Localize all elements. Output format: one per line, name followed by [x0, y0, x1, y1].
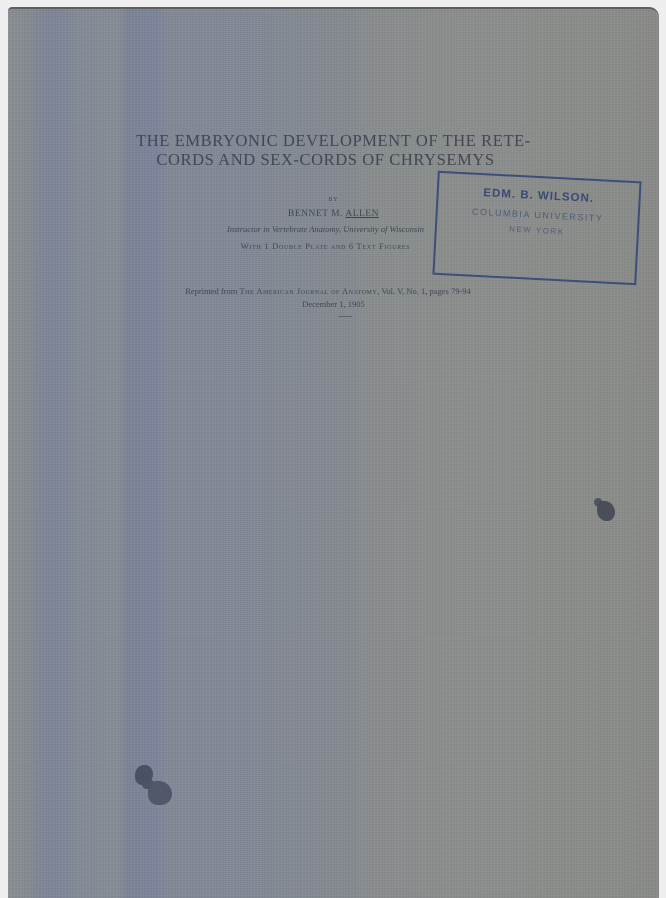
author-surname: ALLEN	[345, 209, 379, 219]
stamp-owner-name: EDM. B. WILSON.	[438, 185, 638, 207]
document-title: THE EMBRYONIC DEVELOPMENT OF THE RETE- C…	[8, 131, 659, 169]
ink-stain-lower-left-tail	[148, 781, 172, 805]
title-line-1: THE EMBRYONIC DEVELOPMENT OF THE RETE-	[8, 131, 659, 150]
publication-date: December 1, 1905	[8, 299, 659, 309]
reprint-prefix: Reprinted from	[185, 286, 239, 296]
divider-rule	[338, 316, 352, 317]
reprint-details: , Vol. V, No. 1, pages 79-94	[377, 286, 471, 296]
ownership-stamp: EDM. B. WILSON. COLUMBIA UNIVERSITY NEW …	[432, 171, 641, 286]
title-line-2: CORDS AND SEX-CORDS OF CHRYSEMYS	[8, 150, 659, 169]
author-given-name: BENNET M.	[288, 209, 345, 219]
document-cover: THE EMBRYONIC DEVELOPMENT OF THE RETE- C…	[8, 7, 659, 896]
journal-name: The American Journal of Anatomy	[239, 286, 377, 296]
reprint-note: Reprinted from The American Journal of A…	[8, 286, 648, 296]
ink-stain-right	[597, 501, 615, 521]
